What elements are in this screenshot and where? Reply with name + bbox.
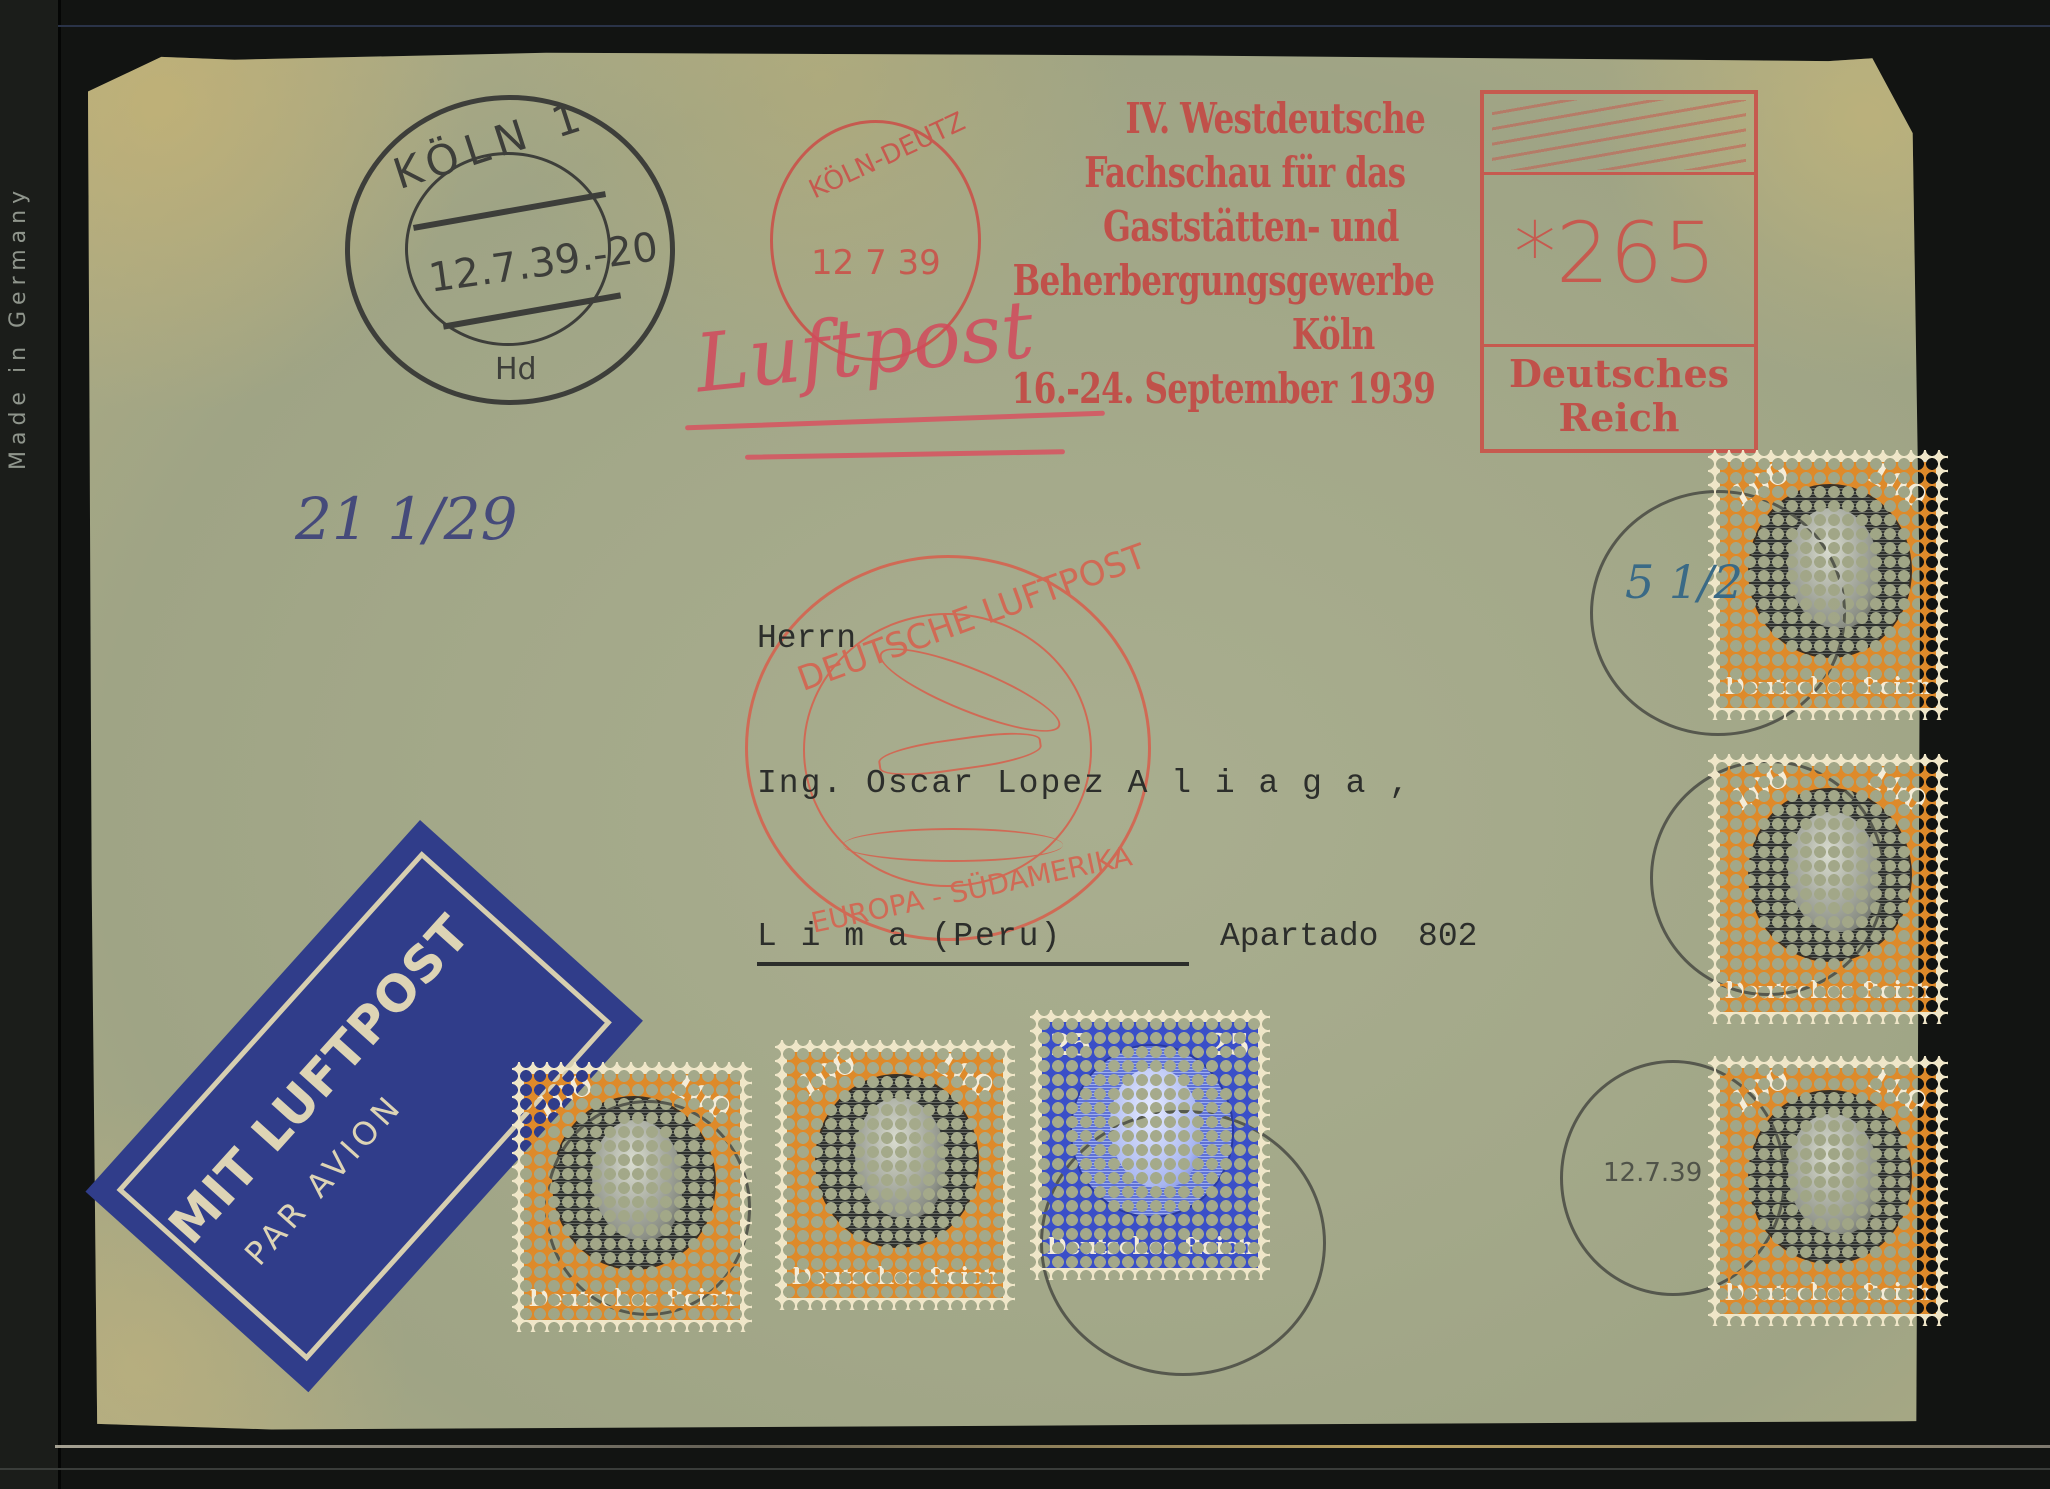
stamp-country: Deutsches Reich	[1720, 977, 1936, 1004]
red-crayon-underline	[685, 411, 1105, 431]
slogan-line: Gaststätten- und	[1050, 200, 1452, 254]
meter-frank: *265 Deutsches Reich	[1480, 90, 1758, 453]
address-city-underline	[757, 962, 1189, 966]
stamp-country: Deutsches Reich	[1720, 1279, 1936, 1306]
meter-divider-top	[1484, 172, 1754, 175]
album-edge: Made in Germany	[0, 0, 61, 1489]
stamp-country: Deutsches Reich	[1042, 1233, 1258, 1260]
slogan-line: Köln	[1185, 308, 1481, 362]
address-street: Apartado 802	[1220, 918, 1477, 955]
address-name: Ing. Oscar Lopez A l i a g a ,	[757, 765, 1411, 802]
stamp-denomination: 25	[1208, 1028, 1250, 1063]
album-border-top	[58, 25, 2050, 27]
deutz-cancel-date: 12 7 39	[811, 243, 941, 283]
hindenburg-portrait-icon	[1748, 484, 1912, 658]
hindenburg-portrait-icon	[1070, 1044, 1234, 1218]
meter-country-line: Reich	[1484, 396, 1754, 440]
red-crayon-text: Luftpost	[691, 283, 1038, 411]
meter-value: *265	[1514, 204, 1716, 302]
stamp-country: Deutsches Reich	[1720, 673, 1936, 700]
meter-country-line: Deutsches	[1484, 352, 1754, 396]
postage-stamp: 100 100 Deutsches Reich	[1708, 450, 1948, 720]
red-crayon-underline	[745, 449, 1065, 460]
address-salutation: Herrn	[757, 620, 856, 657]
hindenburg-portrait-icon	[552, 1096, 716, 1270]
stamp-denomination: 25	[1050, 1028, 1092, 1063]
meter-country: Deutsches Reich	[1484, 352, 1754, 440]
hindenburg-portrait-icon	[815, 1074, 979, 1248]
slogan-line: Fachschau für das	[1040, 146, 1450, 200]
sunburst-icon	[1492, 100, 1746, 170]
postage-stamp: 100 100 Deutsches Reich	[1708, 754, 1948, 1024]
hindenburg-portrait-icon	[1748, 1090, 1912, 1264]
postage-stamp: 100 100 Deutsches Reich	[775, 1040, 1015, 1310]
album-border-bottom-line	[0, 1468, 2050, 1470]
postage-stamp: 100 100 Deutsches Reich	[512, 1062, 752, 1332]
waves-icon	[843, 828, 1063, 862]
koln-postmark-code: Hd	[495, 352, 537, 387]
blue-note: 5 1/2	[1625, 555, 1743, 609]
album-edge-label: Made in Germany	[6, 0, 46, 470]
zeppelin-cachet: DEUTSCHE LUFTPOST EUROPA - SÜDAMERIKA	[745, 555, 1151, 941]
postage-stamp: 100 100 Deutsches Reich	[1708, 1056, 1948, 1326]
red-crayon-luftpost: Luftpost	[685, 300, 1105, 460]
meter-divider-bottom	[1484, 344, 1754, 347]
hindenburg-portrait-icon	[1748, 788, 1912, 962]
pencil-reference: 21 1/29	[295, 485, 517, 553]
koln-postmark: KÖLN 1 12.7.39.-20 Hd	[345, 95, 675, 405]
address-city: L i m a (Peru)	[757, 918, 1062, 955]
stamp-country: Deutsches Reich	[787, 1263, 1003, 1290]
postage-stamp: 25 25 Deutsches Reich	[1030, 1010, 1270, 1280]
stamp-cancel-date: 12.7.39	[1603, 1158, 1702, 1188]
album-border-bottom	[55, 1445, 2050, 1448]
slogan-line: IV. Westdeutsche	[1090, 92, 1461, 146]
stamp-country: Deutsches Reich	[524, 1285, 740, 1312]
